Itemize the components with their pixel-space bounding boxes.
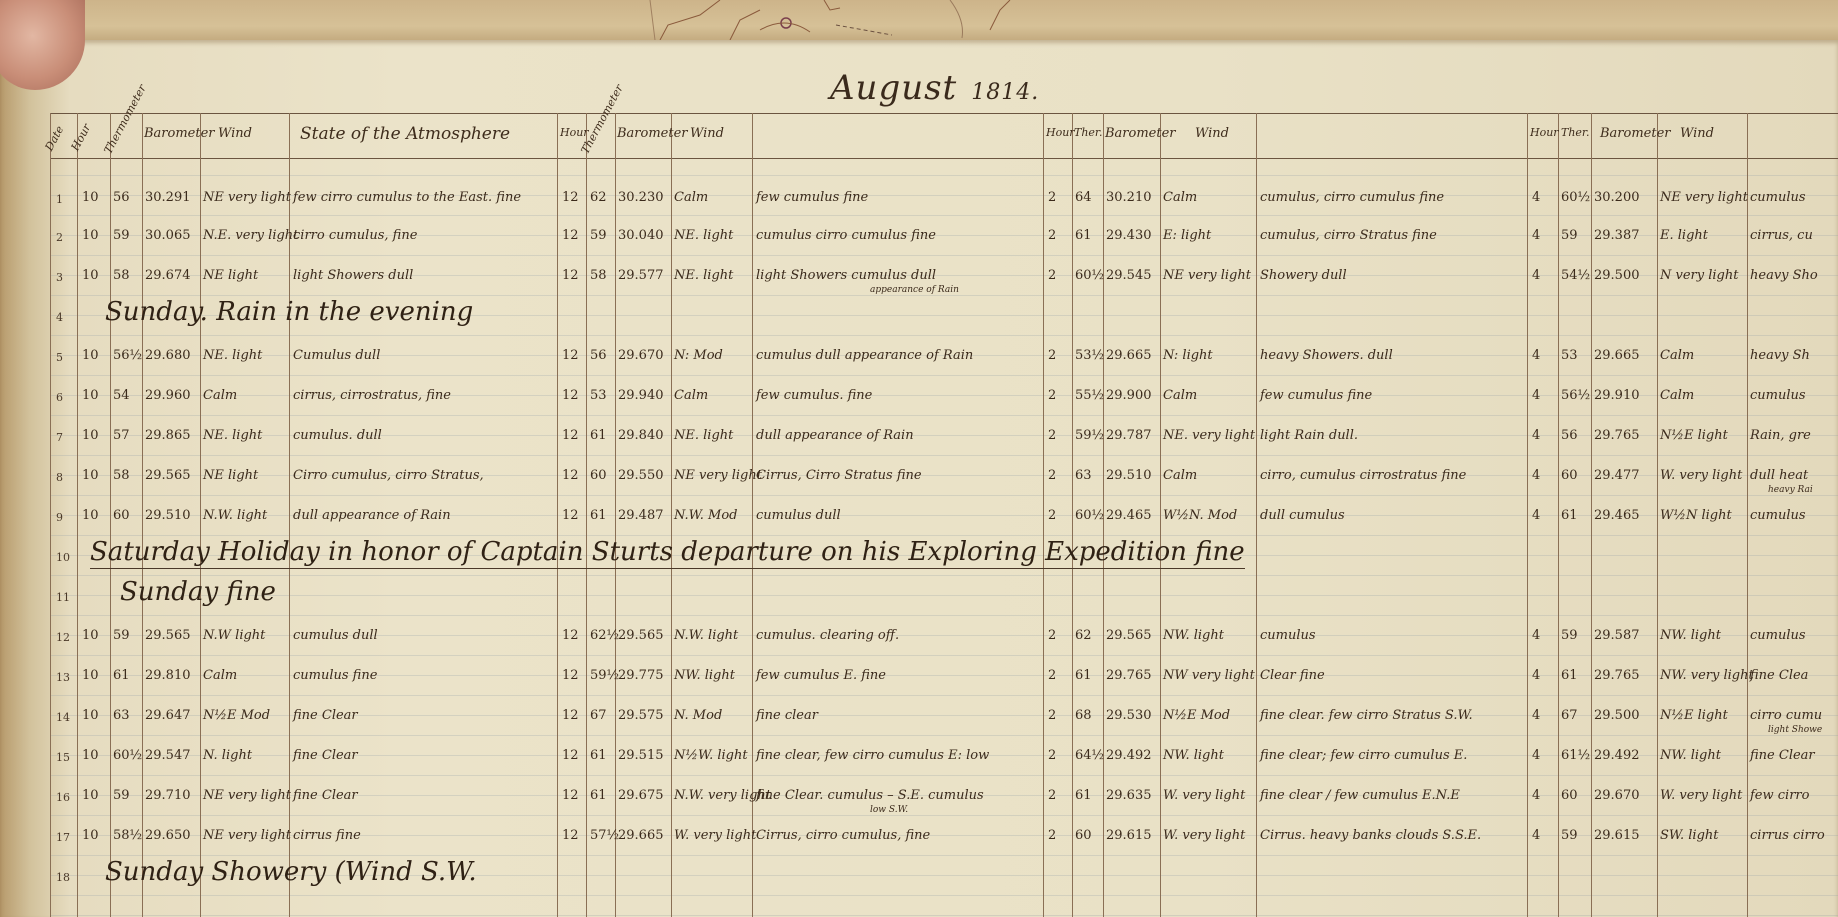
cell-wind-1: NE. light [203,348,262,364]
header-thermometer-3: Ther. [1074,126,1102,139]
cell-wind-2: NE. light [674,428,733,444]
cell-wind-4: SW. light [1660,828,1719,844]
row-date: 13 [56,670,70,686]
cell-wind-2: NE. light [674,268,733,284]
cell-barometer-3: 29.510 [1106,468,1152,484]
cell-barometer-1: 29.865 [145,428,191,444]
cell-state-4: few cirro [1750,788,1809,804]
cell-hour-4: 4 [1532,190,1540,206]
cell-hour-2: 12 [562,428,579,444]
cell-state-2: fine clear, few cirro cumulus E: low [756,748,989,764]
cell-thermometer-2: 61 [590,428,607,444]
cell-thermometer-3: 61 [1075,228,1092,244]
cell-s4b-subnote: heavy Rai [1768,482,1813,498]
cell-state-4: cumulus [1750,508,1806,524]
cell-thermometer-2: 61 [590,748,607,764]
cell-hour-1: 10 [82,748,99,764]
cell-s2b-subnote: low S.W. [870,802,908,818]
cell-wind-4: N½E light [1660,428,1728,444]
ruled-line [50,735,1838,736]
cell-hour-1: 10 [82,468,99,484]
cell-barometer-4: 29.765 [1594,668,1640,684]
row-note: Saturday Holiday in honor of Captain Stu… [90,538,1245,569]
cell-barometer-2: 29.675 [618,788,664,804]
cell-state-4: heavy Sh [1750,348,1810,364]
cell-state-1: cirrus, cirrostratus, fine [293,388,451,404]
cell-wind-3: NW very light [1163,668,1255,684]
cell-wind-1: NE very light [203,828,291,844]
cell-thermometer-2: 59 [590,228,607,244]
cell-hour-3: 2 [1048,190,1056,206]
cell-hour-2: 12 [562,708,579,724]
cell-thermometer-1: 57 [113,428,130,444]
cell-barometer-3: 29.900 [1106,388,1152,404]
cell-hour-3: 2 [1048,628,1056,644]
cell-thermometer-4: 56 [1561,428,1578,444]
cell-barometer-4: 29.587 [1594,628,1640,644]
cell-hour-1: 10 [82,788,99,804]
cell-state-1: cirrus fine [293,828,361,844]
cell-wind-4: E. light [1660,228,1708,244]
cell-state-3: Showery dull [1260,268,1347,284]
cell-hour-2: 12 [562,468,579,484]
cell-wind-3: N½E Mod [1163,708,1230,724]
cell-wind-1: Calm [203,388,237,404]
cell-barometer-4: 29.492 [1594,748,1640,764]
header-barometer: Barometer [144,126,215,141]
cell-hour-2: 12 [562,748,579,764]
row-note: Sunday. Rain in the evening [105,298,473,326]
ruled-line [50,895,1838,896]
ruled-line [50,415,1838,416]
cell-wind-4: NW. very light [1660,668,1754,684]
cell-thermometer-2: 67 [590,708,607,724]
cell-thermometer-3: 68 [1075,708,1092,724]
map-fragment-strip [0,0,1838,44]
row-date: 16 [56,790,70,806]
ruled-line [50,535,1838,536]
cell-thermometer-1: 60½ [113,748,142,764]
cell-hour-4: 4 [1532,628,1540,644]
header-wind-3: Wind [1195,126,1229,141]
cell-thermometer-4: 56½ [1561,388,1590,404]
cell-barometer-3: 30.210 [1106,190,1152,206]
cell-barometer-2: 29.565 [618,628,664,644]
cell-thermometer-3: 60 [1075,828,1092,844]
header-state-atmosphere: State of the Atmosphere [300,124,510,144]
cell-barometer-4: 29.615 [1594,828,1640,844]
cell-hour-1: 10 [82,228,99,244]
cell-hour-1: 10 [82,348,99,364]
cell-barometer-1: 29.547 [145,748,191,764]
cell-hour-1: 10 [82,190,99,206]
cell-thermometer-3: 63 [1075,468,1092,484]
cell-wind-2: Calm [674,388,708,404]
cell-wind-4: NW. light [1660,748,1721,764]
cell-state-3: Clear fine [1260,668,1325,684]
cell-state-2: Cirrus, cirro cumulus, fine [756,828,930,844]
row-date: 3 [56,270,63,286]
ruled-line [50,815,1838,816]
cell-hour-2: 12 [562,788,579,804]
header-barometer-4: Barometer [1600,126,1671,141]
cell-wind-4: Calm [1660,388,1694,404]
cell-hour-2: 12 [562,508,579,524]
header-hour-4: Hour [1530,126,1559,139]
cell-thermometer-3: 59½ [1075,428,1104,444]
cell-state-3: cumulus, cirro Stratus fine [1260,228,1437,244]
cell-wind-1: NE light [203,468,258,484]
cell-wind-3: NE. very light [1163,428,1255,444]
cell-barometer-3: 29.635 [1106,788,1152,804]
cell-barometer-4: 29.910 [1594,388,1640,404]
cell-hour-4: 4 [1532,388,1540,404]
cell-barometer-2: 29.840 [618,428,664,444]
cell-thermometer-2: 58 [590,268,607,284]
cell-wind-2: N: Mod [674,348,723,364]
cell-barometer-4: 29.477 [1594,468,1640,484]
cell-hour-1: 10 [82,668,99,684]
cell-barometer-1: 30.065 [145,228,191,244]
cell-barometer-1: 29.510 [145,508,191,524]
cell-barometer-2: 29.575 [618,708,664,724]
row-date: 6 [56,390,63,406]
cell-thermometer-2: 61 [590,508,607,524]
cell-barometer-2: 30.040 [618,228,664,244]
cell-state-1: cumulus fine [293,668,377,684]
ruled-line [50,375,1838,376]
cell-hour-3: 2 [1048,508,1056,524]
cell-wind-3: W. very light [1163,828,1245,844]
cell-hour-2: 12 [562,628,579,644]
cell-state-3: few cumulus fine [1260,388,1372,404]
cell-barometer-1: 30.291 [145,190,191,206]
cell-thermometer-4: 67 [1561,708,1578,724]
cell-hour-2: 12 [562,828,579,844]
cell-thermometer-4: 61 [1561,508,1578,524]
cell-thermometer-4: 59 [1561,628,1578,644]
cell-wind-2: W. very light [674,828,756,844]
cell-barometer-2: 29.577 [618,268,664,284]
cell-thermometer-4: 59 [1561,828,1578,844]
cell-wind-1: N½E Mod [203,708,270,724]
cell-wind-3: W. very light [1163,788,1245,804]
cell-thermometer-4: 53 [1561,348,1578,364]
cell-hour-2: 12 [562,388,579,404]
row-date: 2 [56,230,63,246]
cell-hour-1: 10 [82,268,99,284]
cell-state-4: heavy Sho [1750,268,1818,284]
cell-barometer-1: 29.674 [145,268,191,284]
cell-hour-2: 12 [562,190,579,206]
cell-thermometer-2: 61 [590,788,607,804]
row-note: Sunday Showery (Wind S.W. [105,858,477,886]
header-barometer-2: Barometer [617,126,688,141]
cell-state-1: fine Clear [293,708,358,724]
cell-state-2: cumulus dull appearance of Rain [756,348,973,364]
header-top-rule [50,113,1838,114]
row-date: 12 [56,630,70,646]
cell-barometer-2: 29.550 [618,468,664,484]
cell-wind-1: N.W light [203,628,265,644]
cell-thermometer-4: 61 [1561,668,1578,684]
ruled-line [50,575,1838,576]
cell-wind-4: W. very light [1660,468,1742,484]
cell-barometer-1: 29.650 [145,828,191,844]
header-wind-4: Wind [1680,126,1714,141]
row-date: 14 [56,710,70,726]
cell-barometer-3: 29.530 [1106,708,1152,724]
cell-barometer-2: 29.487 [618,508,664,524]
cell-hour-4: 4 [1532,268,1540,284]
cell-hour-4: 4 [1532,468,1540,484]
cell-hour-1: 10 [82,428,99,444]
cell-wind-3: Calm [1163,468,1197,484]
cell-thermometer-1: 56 [113,190,130,206]
cell-hour-3: 2 [1048,748,1056,764]
cell-thermometer-2: 62 [590,190,607,206]
cell-hour-1: 10 [82,508,99,524]
cell-barometer-2: 29.515 [618,748,664,764]
cell-barometer-3: 29.615 [1106,828,1152,844]
cell-hour-2: 12 [562,348,579,364]
cell-barometer-4: 29.665 [1594,348,1640,364]
cell-thermometer-2: 62½ [590,628,619,644]
cell-state-3: light Rain dull. [1260,428,1358,444]
cell-thermometer-1: 59 [113,628,130,644]
cell-thermometer-1: 60 [113,508,130,524]
cell-barometer-2: 29.775 [618,668,664,684]
title-year: 1814. [971,80,1039,105]
cell-barometer-4: 29.765 [1594,428,1640,444]
cell-barometer-3: 29.665 [1106,348,1152,364]
cell-wind-1: N.E. very light [203,228,298,244]
cell-wind-1: NE very light [203,190,291,206]
cell-hour-3: 2 [1048,468,1056,484]
cell-state-2: fine clear [756,708,818,724]
row-date: 9 [56,510,63,526]
cell-wind-4: N very light [1660,268,1738,284]
cell-thermometer-4: 54½ [1561,268,1590,284]
row-date: 8 [56,470,63,486]
cell-hour-1: 10 [82,828,99,844]
cell-thermometer-3: 60½ [1075,268,1104,284]
ruled-line [50,615,1838,616]
cell-state-2: few cumulus fine [756,190,868,206]
cell-hour-3: 2 [1048,668,1056,684]
cell-wind-3: NW. light [1163,628,1224,644]
header-bottom-rule [50,158,1838,159]
cell-wind-2: NW. light [674,668,735,684]
cell-barometer-4: 29.387 [1594,228,1640,244]
cell-state-2: Cirrus, Cirro Stratus fine [756,468,922,484]
cell-thermometer-1: 61 [113,668,130,684]
cell-hour-3: 2 [1048,388,1056,404]
cell-state-3: fine clear. few cirro Stratus S.W. [1260,708,1473,724]
cell-wind-3: NE very light [1163,268,1251,284]
cell-hour-1: 10 [82,708,99,724]
row-date: 1 [56,192,63,208]
cell-thermometer-3: 60½ [1075,508,1104,524]
cell-barometer-1: 29.710 [145,788,191,804]
cell-thermometer-1: 56½ [113,348,142,364]
cell-wind-4: Calm [1660,348,1694,364]
cell-hour-3: 2 [1048,428,1056,444]
cell-hour-4: 4 [1532,228,1540,244]
row-date: 18 [56,870,70,886]
row-date: 11 [56,590,70,606]
cell-wind-1: N. light [203,748,252,764]
title-month: August [830,68,957,108]
cell-wind-4: NW. light [1660,628,1721,644]
cell-thermometer-3: 53½ [1075,348,1104,364]
ruled-line [50,855,1838,856]
cell-state-4: fine Clea [1750,668,1808,684]
cell-hour-3: 2 [1048,228,1056,244]
cell-state-3: fine clear / few cumulus E.N.E [1260,788,1460,804]
cell-barometer-4: 29.500 [1594,708,1640,724]
cell-barometer-4: 29.500 [1594,268,1640,284]
cell-hour-3: 2 [1048,348,1056,364]
row-date: 5 [56,350,63,366]
cell-state-1: light Showers dull [293,268,413,284]
cell-wind-3: Calm [1163,388,1197,404]
cell-thermometer-1: 58 [113,268,130,284]
page-title: August1814. [830,68,1039,108]
cell-thermometer-4: 61½ [1561,748,1590,764]
cell-wind-4: W. very light [1660,788,1742,804]
cell-thermometer-1: 58½ [113,828,142,844]
ruled-line [50,495,1838,496]
cell-state-4: Rain, gre [1750,428,1811,444]
cell-hour-4: 4 [1532,828,1540,844]
cell-thermometer-1: 63 [113,708,130,724]
cell-state-4: cumulus [1750,190,1806,206]
cell-state-4: cumulus [1750,628,1806,644]
cell-state-1: cirro cumulus, fine [293,228,417,244]
ruled-line [50,335,1838,336]
cell-hour-3: 2 [1048,828,1056,844]
cell-hour-4: 4 [1532,788,1540,804]
cell-state-1: Cirro cumulus, cirro Stratus, [293,468,484,484]
cell-wind-1: NE very light [203,788,291,804]
cell-state-1: cumulus. dull [293,428,382,444]
cell-state-2: cumulus dull [756,508,841,524]
cell-state-3: cumulus [1260,628,1316,644]
cell-thermometer-3: 61 [1075,788,1092,804]
cell-hour-4: 4 [1532,428,1540,444]
header-wind-2: Wind [690,126,724,141]
cell-thermometer-3: 61 [1075,668,1092,684]
cell-state-1: fine Clear [293,748,358,764]
cell-thermometer-3: 64 [1075,190,1092,206]
cell-wind-3: NW. light [1163,748,1224,764]
cell-barometer-4: 30.200 [1594,190,1640,206]
cell-wind-2: N½W. light [674,748,748,764]
cell-state-1: dull appearance of Rain [293,508,451,524]
cell-wind-3: Calm [1163,190,1197,206]
cell-barometer-3: 29.430 [1106,228,1152,244]
ruled-line [50,655,1838,656]
cell-thermometer-1: 59 [113,228,130,244]
cell-barometer-2: 29.665 [618,828,664,844]
row-date: 10 [56,550,70,566]
cell-barometer-1: 29.647 [145,708,191,724]
cell-barometer-1: 29.810 [145,668,191,684]
row-date: 4 [56,310,63,326]
cell-barometer-3: 29.465 [1106,508,1152,524]
cell-barometer-1: 29.565 [145,468,191,484]
cell-wind-4: NE very light [1660,190,1748,206]
header-wind: Wind [218,126,252,141]
row-date: 17 [56,830,70,846]
cell-thermometer-4: 60½ [1561,190,1590,206]
cell-wind-4: W½N light [1660,508,1732,524]
ruled-line [50,175,1838,176]
cell-barometer-4: 29.465 [1594,508,1640,524]
cell-hour-3: 2 [1048,268,1056,284]
cell-thermometer-2: 57½ [590,828,619,844]
cell-hour-2: 12 [562,668,579,684]
cell-barometer-3: 29.545 [1106,268,1152,284]
cell-state-4: fine Clear [1750,748,1815,764]
cell-thermometer-2: 59½ [590,668,619,684]
cell-thermometer-2: 60 [590,468,607,484]
cell-wind-3: E: light [1163,228,1211,244]
header-barometer-3: Barometer [1105,126,1176,141]
cell-hour-2: 12 [562,268,579,284]
ruled-line [50,595,1838,596]
cell-barometer-3: 29.765 [1106,668,1152,684]
cell-state-1: Cumulus dull [293,348,380,364]
cell-wind-3: N: light [1163,348,1213,364]
cell-state-1: few cirro cumulus to the East. fine [293,190,521,206]
cell-s4b-subnote: light Showe [1768,722,1822,738]
cell-barometer-4: 29.670 [1594,788,1640,804]
cell-hour-4: 4 [1532,348,1540,364]
cell-wind-1: N.W. light [203,508,267,524]
cell-hour-2: 12 [562,228,579,244]
cell-state-3: cirro, cumulus cirrostratus fine [1260,468,1466,484]
cell-thermometer-4: 60 [1561,788,1578,804]
cell-hour-3: 2 [1048,788,1056,804]
cell-state-1: fine Clear [293,788,358,804]
ruled-line [50,215,1838,216]
cell-hour-4: 4 [1532,708,1540,724]
cell-wind-2: N.W. light [674,628,738,644]
cell-thermometer-3: 64½ [1075,748,1104,764]
cell-hour-1: 10 [82,388,99,404]
ruled-line [50,455,1838,456]
cell-barometer-1: 29.680 [145,348,191,364]
cell-barometer-2: 30.230 [618,190,664,206]
cell-barometer-3: 29.492 [1106,748,1152,764]
cell-wind-1: Calm [203,668,237,684]
cell-state-2: cumulus. clearing off. [756,628,899,644]
cell-barometer-2: 29.940 [618,388,664,404]
ruled-line [50,915,1838,916]
cell-state-2: cumulus cirro cumulus fine [756,228,936,244]
cell-thermometer-1: 58 [113,468,130,484]
row-note: Sunday fine [120,578,276,606]
cell-barometer-2: 29.670 [618,348,664,364]
cell-hour-1: 10 [82,628,99,644]
map-sketch-icon [0,0,1838,44]
row-date: 7 [56,430,63,446]
row-date: 15 [56,750,70,766]
cell-wind-2: NE very light [674,468,762,484]
cell-barometer-1: 29.565 [145,628,191,644]
